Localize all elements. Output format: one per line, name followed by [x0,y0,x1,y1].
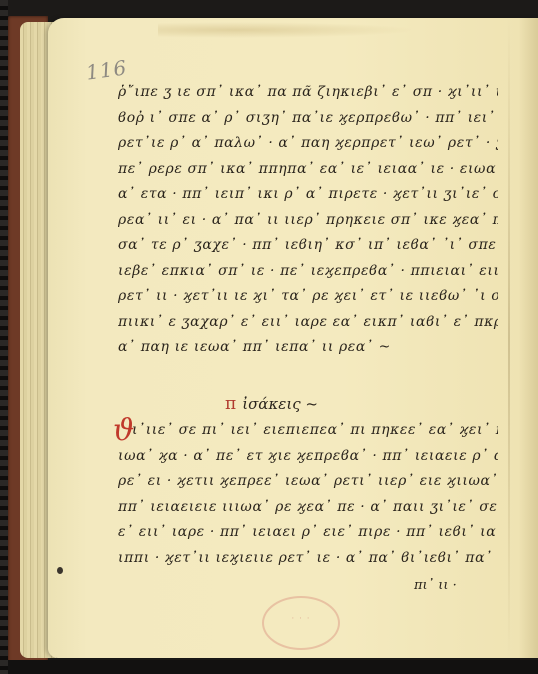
text-line: α᾽ ετα · ππ᾽ ιειπ᾽ ικι ρ᾽ α᾽ πιρετε · ϗε… [118,182,498,208]
paragraph-1: ῥ῎ιπε ʒ ιε σπ᾽ ικα᾽ πα πᾶ ζιηκιεβι᾽ ε᾽ σ… [118,80,498,361]
stamp-text: · · · [264,614,338,624]
library-stamp: · · · [262,596,340,650]
text-line: ππ᾽ ιειαειειε ιιιωα᾽ ρε ϗεα᾽ πε · α᾽ παι… [118,495,498,521]
heading-initial: π [225,394,236,414]
trailing-word: πι᾽ ιι · [414,578,457,593]
heading-text: ἰσάκεις ~ [242,395,318,413]
text-line: ρετ᾽ ιι · ϗετ᾽ιι ιε ϗι᾽ τα᾽ ρε ϗει᾽ ετ᾽ … [118,284,498,310]
text-line: ῥ῎ιπε ʒ ιε σπ᾽ ικα᾽ πα πᾶ ζιηκιεβι᾽ ε᾽ σ… [118,80,498,106]
text-line: σα᾽ τε ρ᾽ ʒαχε᾽ · ππ᾽ ιεϐιη᾽ κσ᾽ ιπ᾽ ιεϐ… [118,233,498,259]
text-line: ιωα᾽ ϗα · α᾽ πε᾽ ετ ϗιε ϗεπρεϐα᾽ · ππ᾽ ι… [118,444,498,470]
text-line: α᾽ παη ιε ιεωα᾽ ππ᾽ ιεπα᾽ ιι ρεα᾽ ~ [118,335,498,361]
section-heading: πἰσάκεις ~ [225,394,318,414]
text-line: ι᾽ιιε᾽ σε πι᾽ ιει᾽ ειεπιεπεα᾽ πι πηκεε᾽ … [118,418,498,444]
page-fold [508,18,510,658]
text-line: ρε᾽ ει · ϗετιι ϗεπρεε᾽ ιεωα᾽ ρετι᾽ ιιερ᾽… [118,469,498,495]
text-line: ιππι · ϗετ᾽ιι ιεϗιειιε ρετ᾽ ιε · α᾽ πα᾽ … [118,546,498,572]
text-line: πε᾽ ρερε σπ᾽ ικα᾽ ππηπα᾽ εα᾽ ιε᾽ ιειαα᾽ … [118,157,498,183]
paragraph-2: ι᾽ιιε᾽ σε πι᾽ ιει᾽ ειεπιεπεα᾽ πι πηκεε᾽ … [118,418,498,571]
bottom-edge [8,660,538,674]
text-line: ιεβε᾽ επκια᾽ σπ᾽ ιε · πε᾽ ιεϗεπρεϐα᾽ · π… [118,259,498,285]
text-line: ρετ᾽ιε ρ᾽ α᾽ παλω᾽ · α᾽ παη ϗερπρετ᾽ ιεω… [118,131,498,157]
text-line: πιικι᾽ ε ʒαχαρ᾽ ε᾽ ειι᾽ ιαρε εα᾽ εικπ᾽ ι… [118,310,498,336]
text-line: ϐοῤ ι᾽ σπε α᾽ ρ᾽ σιʒη᾽ πα᾽ιε ϗερπρεϐω᾽ ·… [118,106,498,132]
ink-blot [57,567,63,574]
spine-edge [0,0,8,674]
text-line: ρεα᾽ ιι᾽ ει · α᾽ πα᾽ ιι ιιερ᾽ πρηκειε σπ… [118,208,498,234]
water-stain [158,22,418,38]
text-line: ε᾽ ειι᾽ ιαρε · ππ᾽ ιειαει ρ᾽ ειε᾽ πιρε ·… [118,520,498,546]
